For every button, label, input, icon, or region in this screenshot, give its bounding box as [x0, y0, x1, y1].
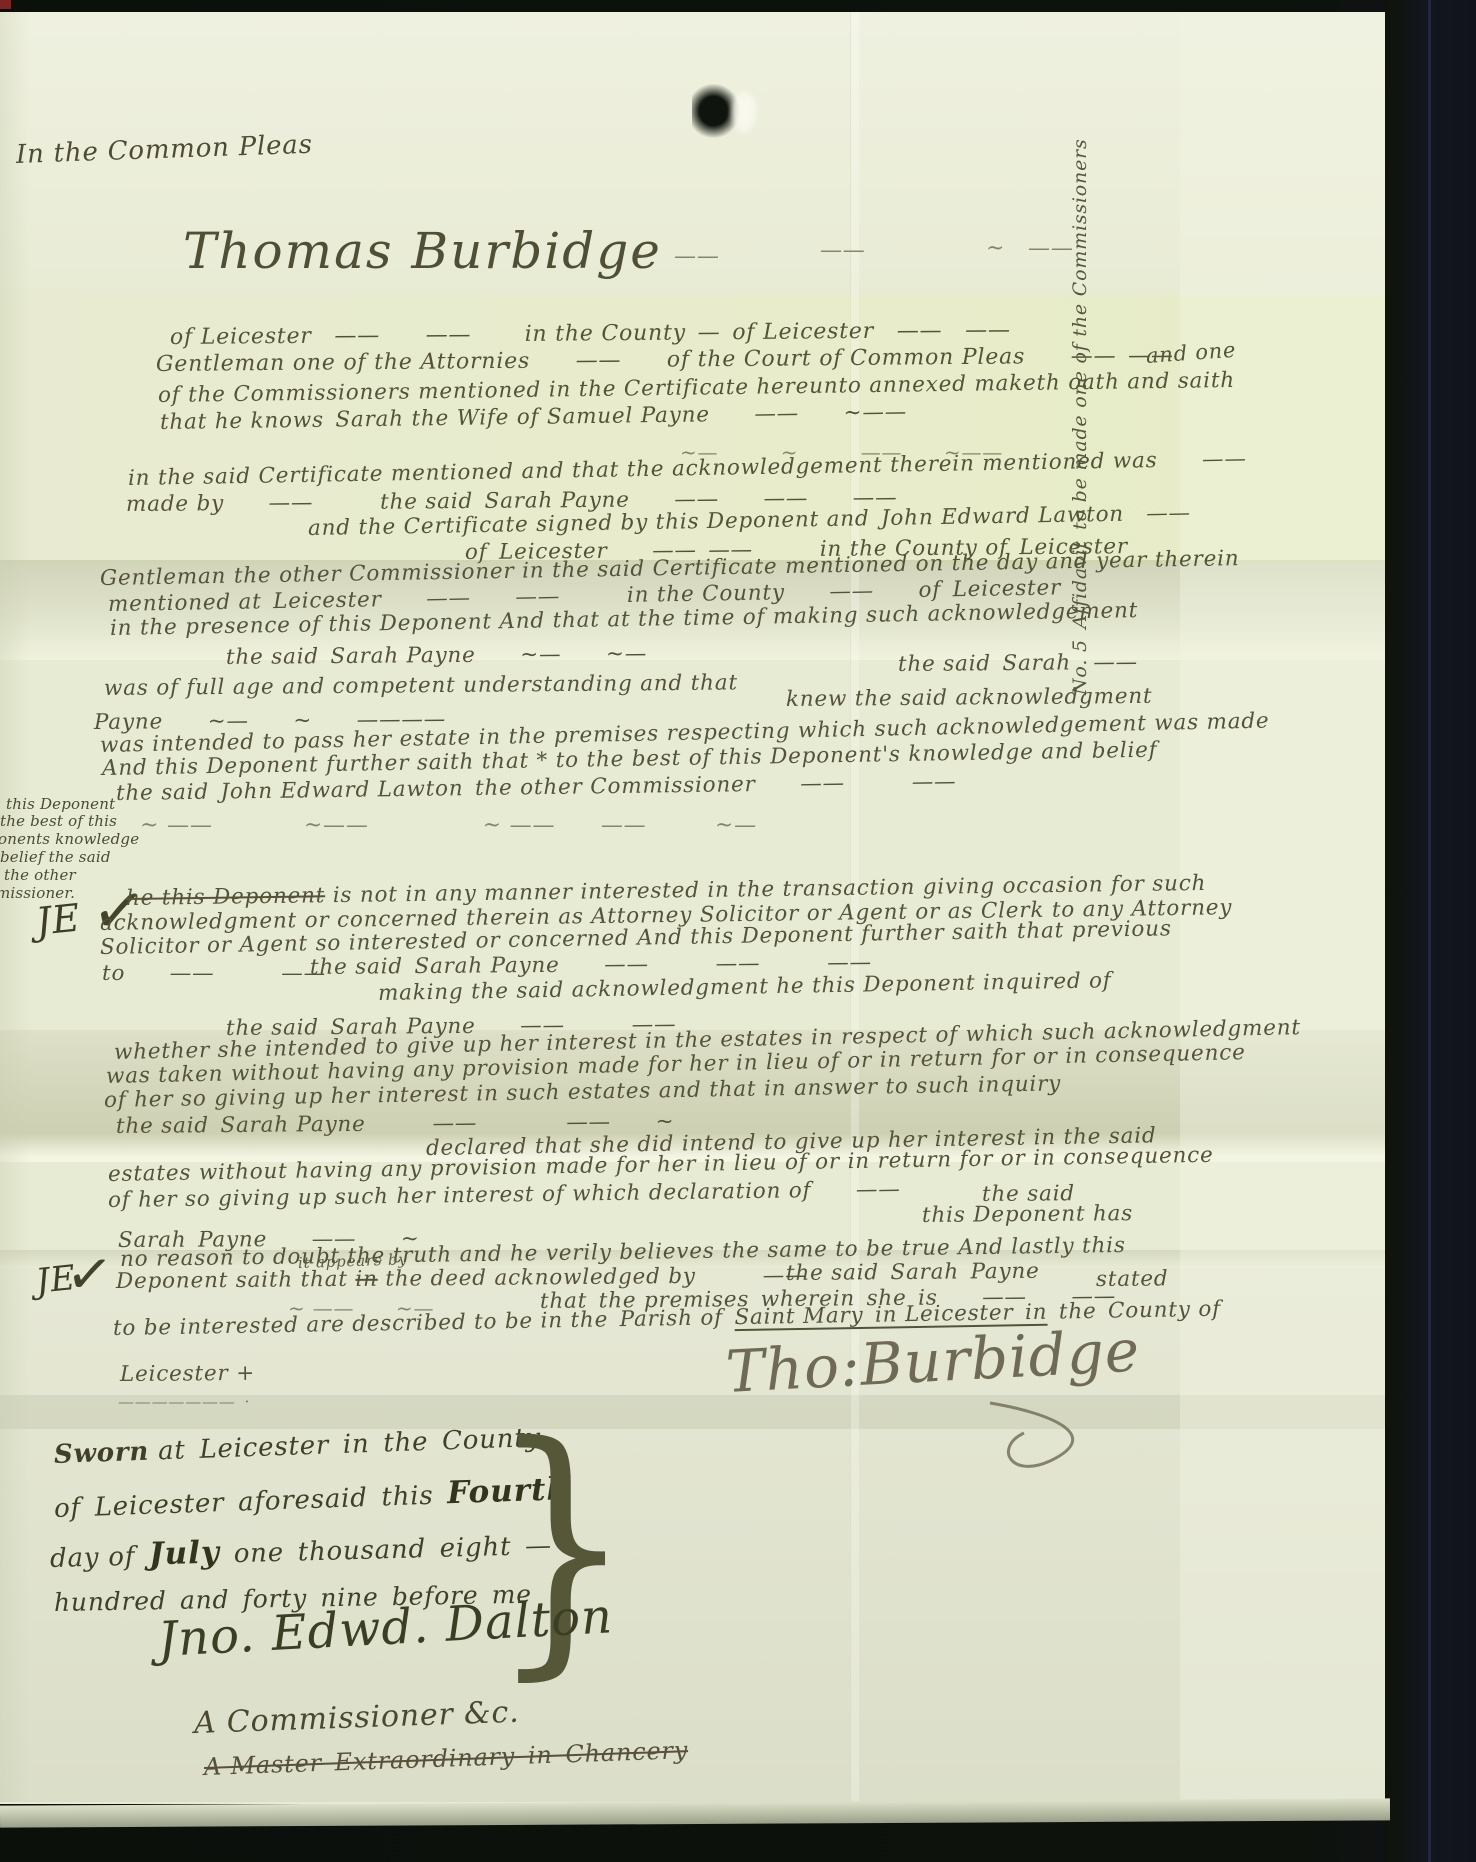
jurat-line: Sworn at Leicester in the County — [53, 1423, 541, 1470]
burbidge-signature: Tho:Burbidge — [724, 1316, 1141, 1406]
body-text: to be interested are described to be in … — [113, 1305, 735, 1341]
corner-mark — [0, 0, 11, 9]
left-edge-shading — [0, 12, 30, 1802]
margin-note-line: the other — [4, 866, 76, 884]
underline-flourish: ——————— · — [118, 1392, 250, 1411]
jurat-text: of Leicester aforesaid this — [54, 1480, 448, 1524]
body-line: Leicester + — [120, 1361, 255, 1387]
body-line: the said Sarah Payne ~— ~— — [226, 641, 647, 670]
title-flourish-2: —— — [820, 238, 866, 263]
title-flourish-3: ~ —— — [986, 236, 1074, 261]
body-line-right: this Deponent has — [922, 1201, 1133, 1228]
commissioner-initials-mark: JE — [34, 895, 83, 943]
margin-note-line: onents knowledge — [0, 830, 139, 848]
tear-highlight — [732, 92, 756, 132]
page-content: In the Common Pleas Thomas Burbidge ~ ——… — [0, 12, 1385, 1804]
flourish-row: ~ —— ~—— ~ —— —— ~— — [140, 813, 757, 838]
body-line: was of full age and competent understand… — [104, 670, 738, 701]
jurat-month-word: July — [148, 1535, 220, 1573]
pencil-numeral: 1 — [1381, 1545, 1385, 1602]
pen-check-mark: ✓ — [63, 1240, 117, 1310]
deponent-name-title: Thomas Burbidge — [183, 222, 662, 280]
jurat-text: day of — [50, 1541, 150, 1574]
body-line: to —— —— — [102, 961, 326, 986]
jurat-text: at Leicester in the County — [149, 1423, 542, 1467]
body-line-right: and one — [1145, 338, 1237, 368]
commissioner-designation: A Commissioner &c. — [193, 1695, 520, 1741]
parchment-page: In the Common Pleas Thomas Burbidge ~ ——… — [0, 12, 1385, 1804]
struck-text: he this Deponent — [126, 883, 326, 911]
docket-side-note: No. 5 Affidavit to be made one of the Co… — [1069, 165, 1105, 695]
jurat-brace: } — [490, 1388, 634, 1702]
document-scan: In the Common Pleas Thomas Burbidge ~ ——… — [0, 0, 1476, 1862]
jurat-line: day of July one thousand eight — — [50, 1526, 553, 1575]
struck-text: in — [355, 1267, 378, 1292]
scan-edge-line — [1428, 0, 1431, 1862]
margin-note-line: this Deponent — [6, 795, 115, 813]
margin-note-line: the best of this — [0, 812, 117, 830]
jurat-sworn-word: Sworn — [53, 1437, 149, 1470]
signature-flourish — [980, 1395, 1120, 1480]
court-header: In the Common Pleas — [15, 130, 313, 170]
paper-tear — [692, 84, 740, 138]
title-flourish-1: ~ —— — [632, 244, 720, 269]
body-line-right: the said Sarah Payne — [786, 1259, 1040, 1286]
interlined-insertion: it appears by — [298, 1250, 408, 1272]
master-designation-struck: A Master Extraordinary in Chancery — [204, 1736, 689, 1781]
margin-note-line: belief the said — [0, 848, 111, 866]
